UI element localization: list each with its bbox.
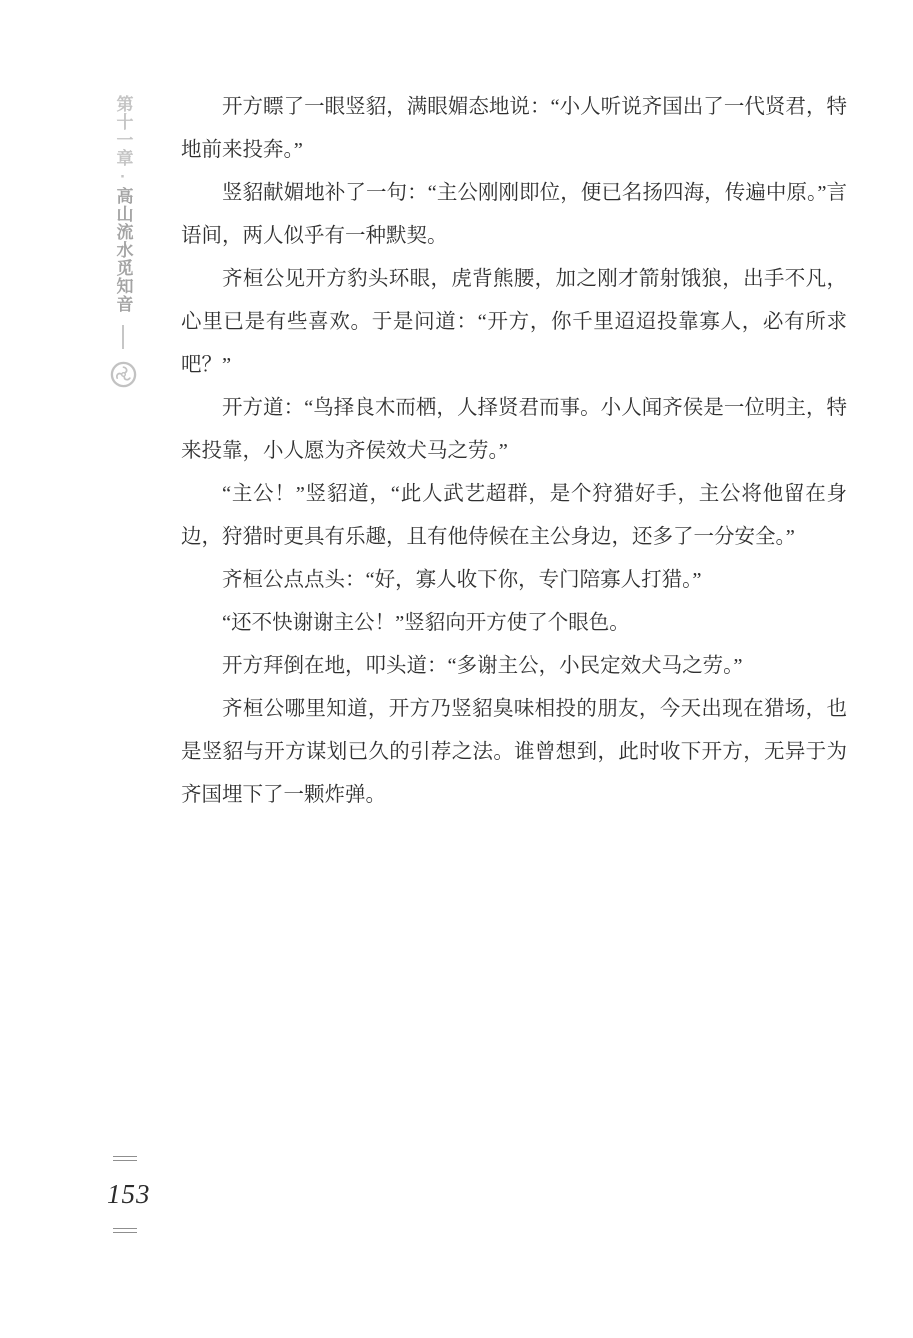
chapter-dash-line	[122, 325, 124, 349]
paragraph-2: 竖貂献媚地补了一句：“主公刚刚即位，便已名扬四海，传遍中原。”言语间，两人似乎有…	[181, 172, 847, 258]
page-number-rule-top	[113, 1156, 137, 1161]
chapter-heading: 第十一章·高山流水觅知音	[115, 95, 132, 313]
paragraph-8: 开方拜倒在地，叩头道：“多谢主公，小民定效犬马之劳。”	[181, 645, 847, 688]
page-number: 153	[107, 1179, 151, 1210]
paragraph-6: 齐桓公点点头：“好，寡人收下你，专门陪寡人打猎。”	[181, 559, 847, 602]
page-number-rule-bottom	[113, 1228, 137, 1233]
chapter-number: 第十一章	[114, 95, 133, 167]
swirl-medallion-icon	[110, 361, 137, 388]
paragraph-5: “主公！”竖貂道，“此人武艺超群，是个狩猎好手，主公将他留在身边，狩猎时更具有乐…	[181, 473, 847, 559]
chapter-title: 高山流水觅知音	[114, 187, 133, 313]
body-text: 开方瞟了一眼竖貂，满眼媚态地说：“小人听说齐国出了一代贤君，特地前来投奔。” 竖…	[181, 86, 847, 817]
paragraph-3: 齐桓公见开方豹头环眼，虎背熊腰，加之刚才箭射饿狼，出手不凡，心里已是有些喜欢。于…	[181, 258, 847, 387]
paragraph-9: 齐桓公哪里知道，开方乃竖貂臭味相投的朋友，今天出现在猎场，也是竖貂与开方谋划已久…	[181, 688, 847, 817]
chapter-separator: ·	[114, 167, 133, 187]
paragraph-7: “还不快谢谢主公！”竖貂向开方使了个眼色。	[181, 602, 847, 645]
page-footer: 153	[107, 1156, 151, 1233]
chapter-sidebar: 第十一章·高山流水觅知音	[103, 95, 143, 388]
paragraph-1: 开方瞟了一眼竖貂，满眼媚态地说：“小人听说齐国出了一代贤君，特地前来投奔。”	[181, 86, 847, 172]
book-page: 第十一章·高山流水觅知音 开方瞟了一眼竖貂，满眼媚态地说：“小人听说齐国出了一代…	[0, 0, 913, 1338]
paragraph-4: 开方道：“鸟择良木而栖，人择贤君而事。小人闻齐侯是一位明主，特来投靠，小人愿为齐…	[181, 387, 847, 473]
